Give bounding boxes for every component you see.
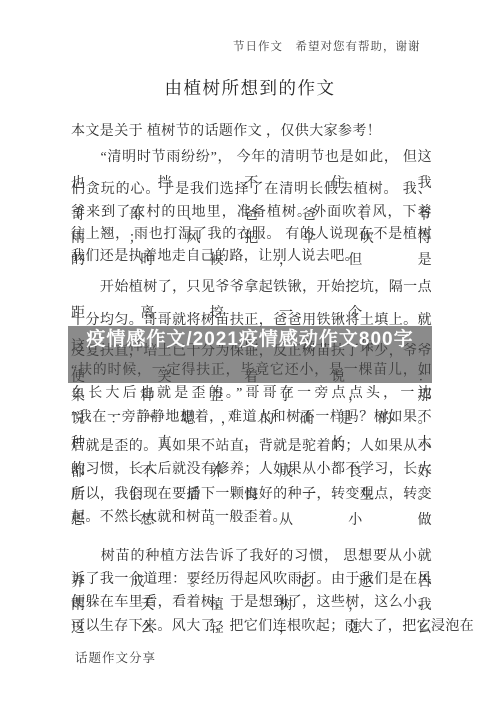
body-line: 开始植树了，只见爷爷拿起铁锹，开始挖坑，隔一点距离挖一个，: [71, 275, 432, 301]
document-title: 由植树所想到的作文: [0, 75, 500, 100]
body-line: 的习惯，长大后就没有修养；人如果从小都不学习，长大后会后悔一生。: [71, 457, 432, 483]
document-page: 节日作文 希望对您有帮助，谢谢 由植树所想到的作文 本文是关于 植树节的话题作文…: [0, 0, 500, 707]
ad-banner-caption[interactable]: 疫情感作文/2021疫情感动作文800字: [68, 326, 432, 383]
body-line: ”我在一旁静静地想着， 难道人和树不一样吗？树如果不种直，长大: [71, 405, 432, 431]
footer-note: 话题作文分享: [75, 648, 156, 666]
body-line: 可以生存下来。风大了，把它们连根吹起；雨大了，把它浸泡在: [71, 614, 432, 640]
body-line: 便躲在车里看，看着树，于是想到了，这些树，这么小，这么轻，怎么: [71, 590, 432, 616]
body-line: 起。不然长大就和树苗一般歪着。: [71, 505, 432, 531]
ad-banner-overlay[interactable]: 疫情感作文/2021疫情感动作文800字: [68, 326, 432, 383]
body-line: “清明时节雨纷纷”， 今年的清明节也是如此， 但这也挡不住我: [71, 145, 432, 171]
body-line: 么长大后也就是歪的。”哥哥在一旁点点头，一边说：“嗯，的确是的。: [71, 381, 432, 407]
header-note: 节日作文 希望对您有帮助，谢谢: [233, 38, 421, 54]
body-line: 本文是关于 植树节的话题作文 ，仅供大家参考！: [71, 119, 432, 145]
body-line: 我们还是执着地走自己的路，让别人说去吧。: [71, 244, 432, 270]
